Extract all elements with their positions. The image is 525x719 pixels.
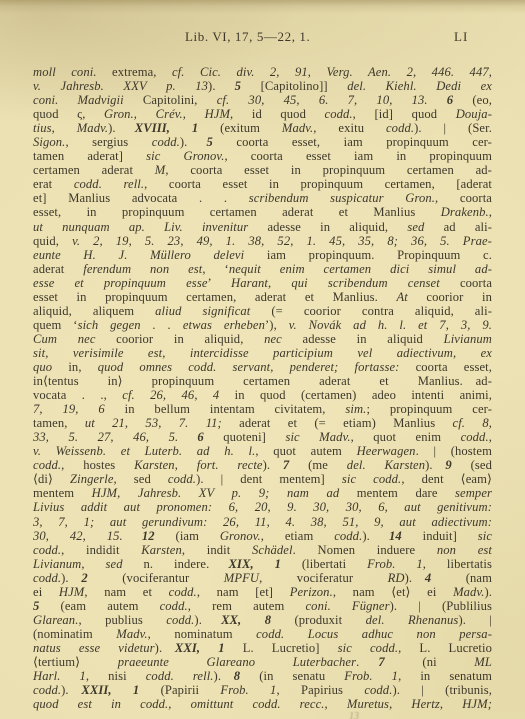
text-line: quem ‘sich gegen . . etwas erheben’), v.… — [33, 318, 492, 332]
text-line: natus esse videtur). XXI, 1 L. Lucretio]… — [33, 641, 492, 655]
text-line: v. Weissenb. et Luterb. ad h. l., quot a… — [33, 444, 492, 458]
text-line: eunte H. J. Müllero delevi iam propinquu… — [33, 248, 492, 262]
text-line: coni. Madvigii Capitolini, cf. 30, 45, 6… — [33, 93, 492, 107]
text-line: et] Manlius advocata . . scribendum susp… — [33, 191, 492, 205]
text-line: ut nunquam ap. Liv. invenitur adesse in … — [33, 220, 492, 234]
text-line: esset in propinquum certamen, aderat et … — [33, 290, 492, 304]
book-page: Lib. VI, 17, 5—22, 1. LI moll coni. extr… — [0, 0, 525, 719]
signature-mark: 13 — [349, 711, 359, 719]
text-line: ei HJM, nam et codd., nam [et] Perizon.,… — [33, 585, 492, 599]
text-line: Sigon., sergius codd.). 5 coorta esset, … — [33, 135, 492, 149]
text-line: 30, 42, 15. 12 (iam Gronov., etiam codd.… — [33, 529, 492, 543]
text-line: aliquid, aliquem aliud significat (= coo… — [33, 304, 492, 318]
text-line: Harl. 1, nisi codd. rell.). 8 (in senatu… — [33, 669, 492, 683]
text-line: 5 (eam autem codd., rem autem coni. Fügn… — [33, 599, 492, 613]
page-top-shadow — [0, 0, 525, 14]
text-line: quod est in codd., omittunt codd. recc.,… — [33, 697, 492, 711]
text-line: codd.). XXII, 1 (Papirii Frob. 1, Papiri… — [33, 683, 492, 697]
text-line: tamen aderat] sic Gronov., coorta esset … — [33, 149, 492, 163]
text-line: Cum nec coorior in aliquid, nec adesse i… — [33, 332, 492, 346]
apparatus-text: moll coni. extrema, cf. Cic. div. 2, 91,… — [33, 65, 492, 711]
text-line: v. Jahresb. XXV p. 13). 5 [Capitolino]] … — [33, 79, 492, 93]
text-line: ⟨di⟩ Zingerle, sed codd.). | dent mentem… — [33, 472, 492, 486]
text-line: 33, 5. 27, 46, 5. 6 quoteni] sic Madv., … — [33, 430, 492, 444]
text-line: esset, in propinquum certamen aderat et … — [33, 205, 492, 219]
running-header: Lib. VI, 17, 5—22, 1. LI — [0, 29, 525, 47]
text-line: quid, v. 2, 19, 5. 23, 49, 1. 38, 52, 1.… — [33, 234, 492, 248]
text-line: Livianum, sed n. indere. XIX, 1 (liberta… — [33, 557, 492, 571]
text-line: sit, verisimile est, intercidisse partic… — [33, 346, 492, 360]
text-line: ⟨tertium⟩ praeeunte Glareano Luterbacher… — [33, 655, 492, 669]
page-number: LI — [454, 29, 468, 45]
text-line: codd., hostes Karsten, fort. recte). 7 (… — [33, 458, 492, 472]
text-line: quo in, quod omnes codd. servant, pender… — [33, 360, 492, 374]
text-line: erat codd. rell., coorta esset in propin… — [33, 177, 492, 191]
text-line: quod ς, Gron., Crév., HJM, id quod codd.… — [33, 107, 492, 121]
text-line: codd.). 2 (vociferantur MPFU, vociferatu… — [33, 571, 492, 585]
text-line: tius, Madv.). XVIII, 1 (exitum Madv., ex… — [33, 121, 492, 135]
text-line: (nominatim Madv., nominatum codd. Locus … — [33, 627, 492, 641]
text-line: tamen, ut 21, 53, 7. 11; aderat et (= et… — [33, 416, 492, 430]
text-line: Livius addit aut pronomen: 6, 20, 9. 30,… — [33, 500, 492, 514]
text-line: Glarean., publius codd.). XX, 8 (produxi… — [33, 613, 492, 627]
text-line: mentem HJM, Jahresb. XV p. 9; nam ad men… — [33, 486, 492, 500]
running-header-title: Lib. VI, 17, 5—22, 1. — [185, 29, 310, 45]
text-line: 7, 19, 6 in bellum intentam civitatem, s… — [33, 402, 492, 416]
text-line: esse et propinquum esse’ Harant, qui scr… — [33, 276, 492, 290]
text-line: certamen aderat M, coorta esset in propi… — [33, 163, 492, 177]
text-line: codd., indidit Karsten, indit Schädel. N… — [33, 543, 492, 557]
text-line: vocata . ., cf. 26, 46, 4 in quod (certa… — [33, 388, 492, 402]
text-line: 3, 7, 1; aut gerundivum: 26, 11, 4. 38, … — [33, 515, 492, 529]
text-line: aderat ferendum non est, ‘nequit enim ce… — [33, 262, 492, 276]
text-line: in⟨tentus in⟩ propinquum certamen aderat… — [33, 374, 492, 388]
text-line: moll coni. extrema, cf. Cic. div. 2, 91,… — [33, 65, 492, 79]
